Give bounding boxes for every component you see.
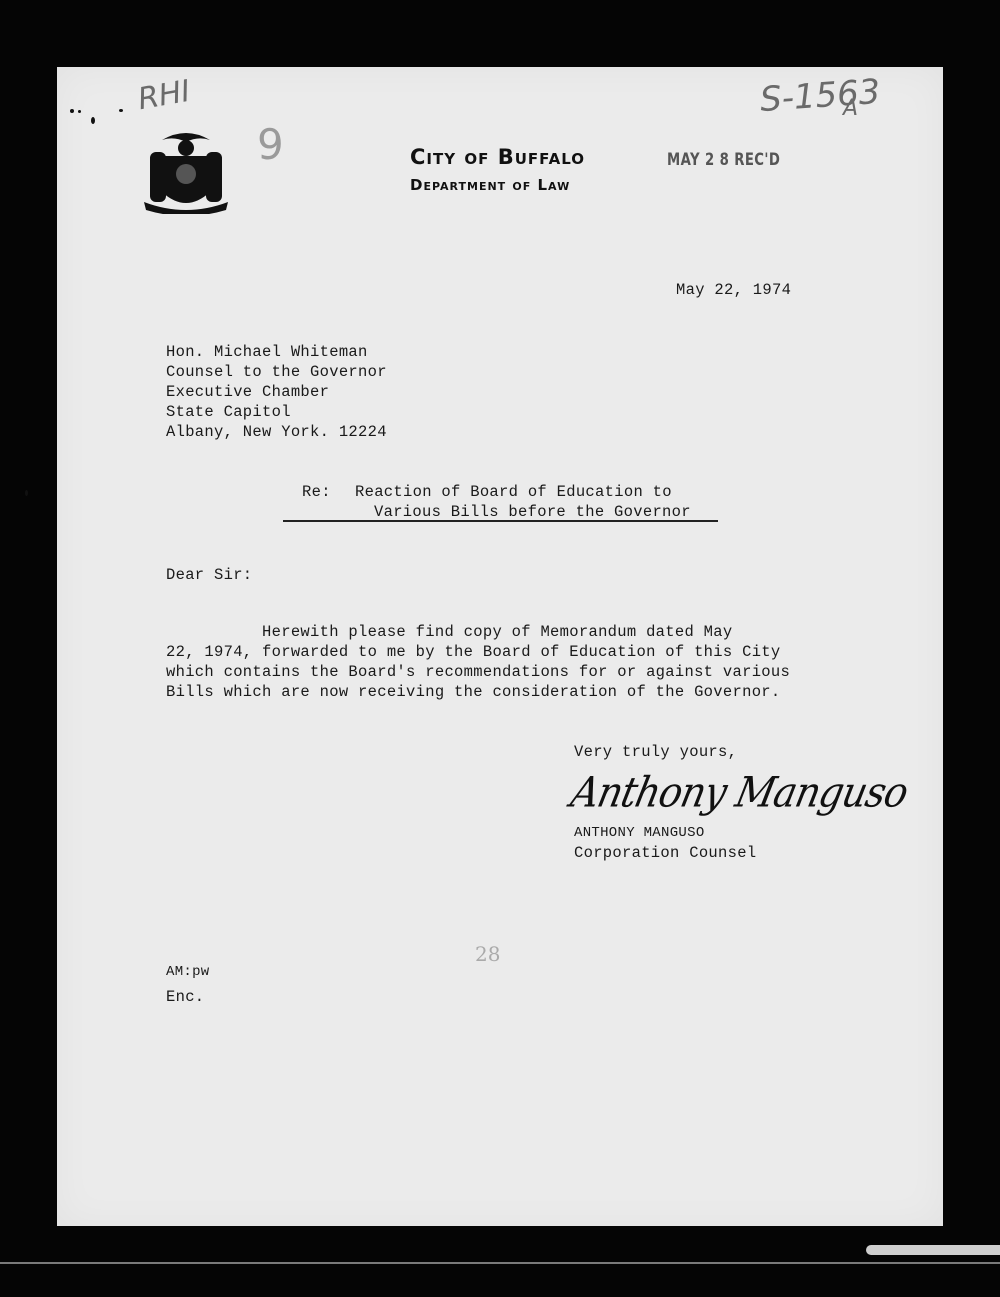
- speck: [78, 110, 81, 113]
- letter-body: Herewith please find copy of Memorandum …: [166, 622, 790, 702]
- body-line: which contains the Board's recommendatio…: [166, 662, 790, 682]
- file-number-suffix: A: [843, 96, 858, 121]
- speck: [70, 109, 74, 113]
- salutation: Dear Sir:: [166, 565, 252, 585]
- closing: Very truly yours,: [574, 742, 737, 762]
- enclosure-note: Enc.: [166, 987, 204, 1007]
- signer-name: ANTHONY MANGUSO: [574, 823, 705, 843]
- speck: [91, 117, 95, 124]
- subject-line-1: Reaction of Board of Education to: [355, 482, 672, 502]
- page-mark: 28: [475, 942, 500, 966]
- reference-initials: AM:pw: [166, 962, 210, 982]
- recipient-address: Hon. Michael Whiteman Counsel to the Gov…: [166, 342, 387, 442]
- file-number: S-1563: [759, 72, 882, 120]
- subject-underline: [283, 520, 718, 522]
- recipient-line: Albany, New York. 12224: [166, 422, 387, 442]
- recipient-line: Hon. Michael Whiteman: [166, 342, 387, 362]
- received-stamp: MAY 2 8 REC'D: [667, 150, 780, 170]
- scanner-line: [0, 1262, 1000, 1264]
- speck: [25, 490, 28, 496]
- subject-label: Re:: [302, 482, 331, 502]
- recipient-line: Executive Chamber: [166, 382, 387, 402]
- letterhead-department: Department of Law: [410, 176, 570, 194]
- speck: [119, 109, 123, 112]
- body-line: 22, 1974, forwarded to me by the Board o…: [166, 642, 790, 662]
- body-line: Bills which are now receiving the consid…: [166, 682, 790, 702]
- recipient-line: State Capitol: [166, 402, 387, 422]
- subject-line-2: Various Bills before the Governor: [374, 502, 691, 522]
- signer-title: Corporation Counsel: [574, 843, 756, 863]
- state-seal-icon: [142, 122, 230, 214]
- recipient-line: Counsel to the Governor: [166, 362, 387, 382]
- scanner-tray-edge: [866, 1245, 1000, 1255]
- letter-date: May 22, 1974: [676, 280, 791, 300]
- body-line: Herewith please find copy of Memorandum …: [166, 622, 790, 642]
- letterhead-city: City of Buffalo: [410, 145, 585, 169]
- handwritten-number: 9: [257, 120, 284, 169]
- signature: Anthony Manguso: [567, 768, 912, 816]
